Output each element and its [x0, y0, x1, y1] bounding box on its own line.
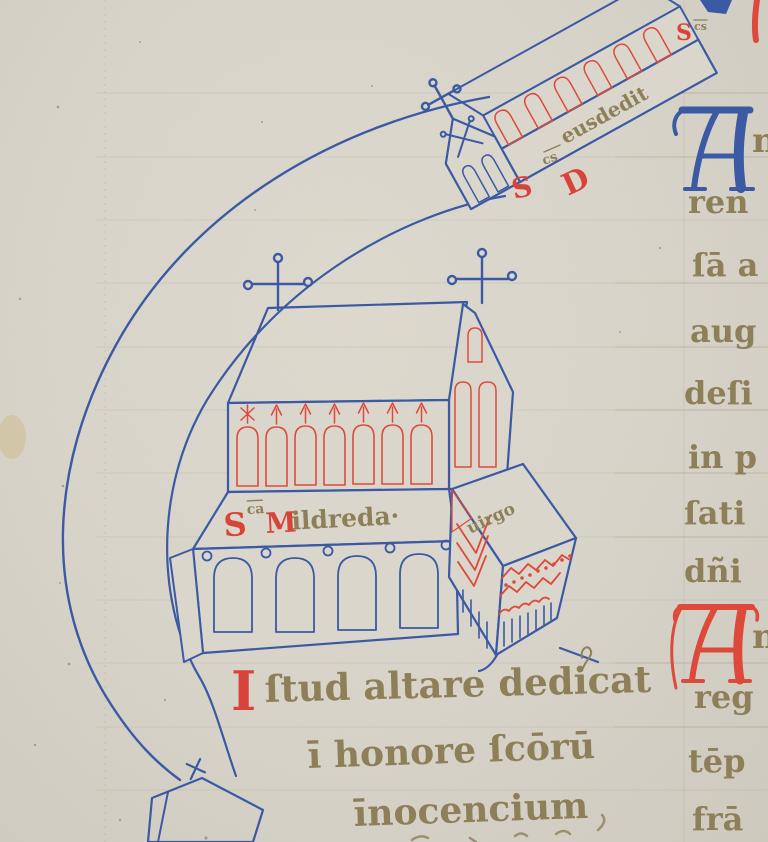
label-name: ildreda·: [291, 501, 400, 536]
sup-macron: [247, 500, 262, 501]
column-line10: reg: [694, 678, 754, 716]
column-line4: aug: [690, 312, 756, 350]
dedication-initial: I: [231, 659, 256, 723]
column-line7: ſati: [684, 494, 745, 532]
column-line5: deſi: [684, 374, 753, 412]
column-line9: n: [752, 617, 768, 657]
column-line6: in p: [688, 438, 757, 476]
column-line3: ſā a: [692, 246, 758, 284]
label-initial-s: S: [223, 505, 248, 544]
dedication-line3: īnocencium: [353, 785, 589, 835]
column-line12: frā: [692, 800, 743, 838]
manuscript-drawing: eusdedit S cs D S cs: [0, 0, 768, 842]
column-line11: tēp: [688, 742, 746, 780]
red-fragment: [755, 0, 757, 40]
manuscript-page: eusdedit S cs D S cs: [0, 0, 768, 842]
main-clerestory: [228, 400, 449, 492]
label-sup-ca: ca: [246, 501, 264, 518]
column-line2: ren: [688, 183, 748, 221]
column-line1: n: [752, 121, 768, 161]
column-line8: dñi: [684, 552, 742, 590]
scs-label-s: S: [676, 20, 692, 46]
scs-label-sup: cs: [694, 20, 707, 33]
